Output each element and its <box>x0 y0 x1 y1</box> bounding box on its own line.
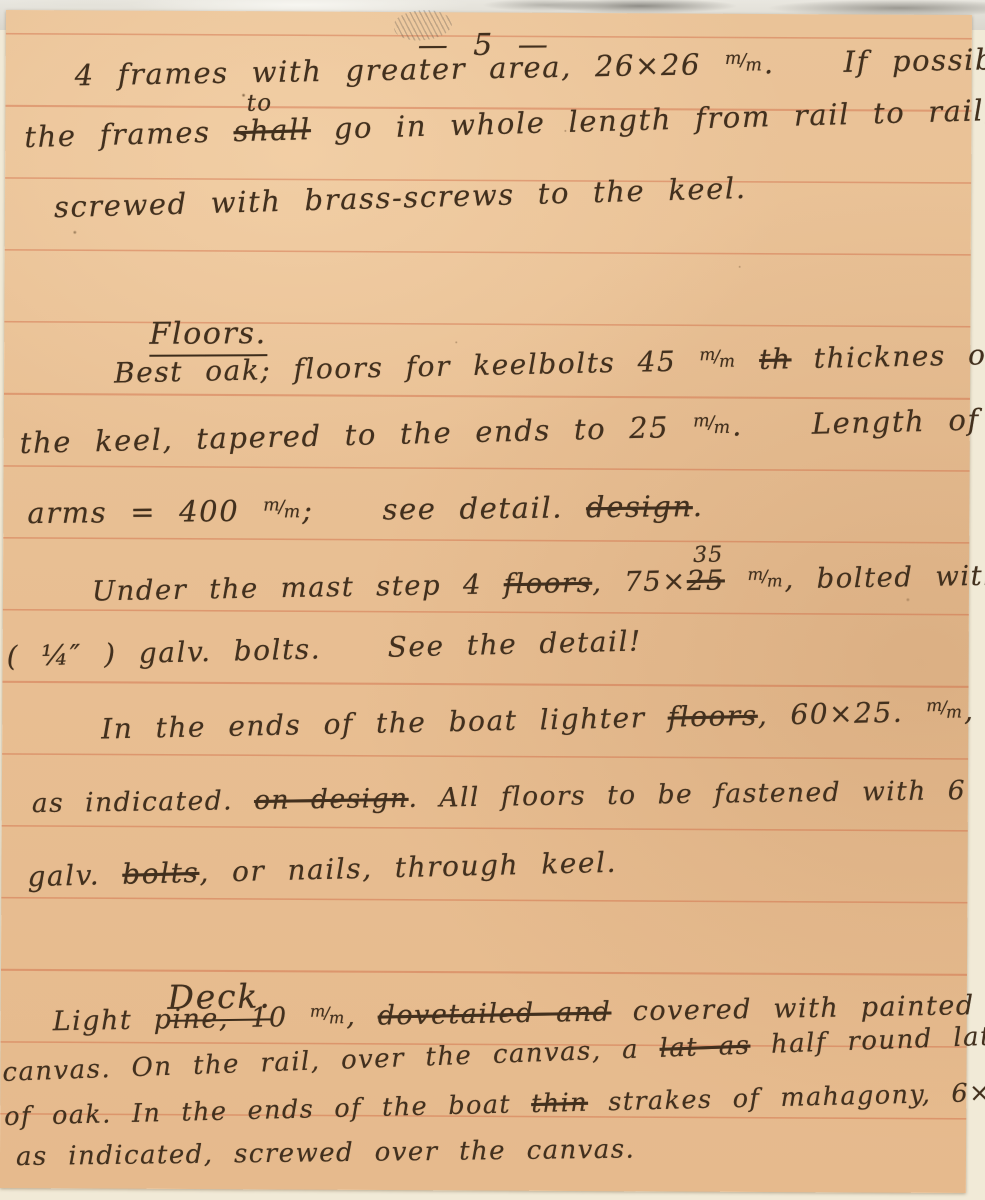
crossed-out-text: lat as <box>659 1031 751 1064</box>
handwritten-text: . If possibly, <box>764 42 985 81</box>
crossed-out-text: floors <box>503 567 592 601</box>
handwritten-text: . All floors to be fastened with 6 <box>408 775 985 814</box>
handwritten-text: ; see detail. <box>302 490 586 527</box>
inserted-correction-text: 35 <box>693 542 724 568</box>
handwritten-text: In the ends of the boat lighter <box>101 701 668 746</box>
handwritten-text: galv. <box>27 858 123 893</box>
line-p4-l3: galv. bolts, or nails, through keel. <box>27 846 617 893</box>
unit-mm: m/m <box>263 497 300 517</box>
heading-deck: Deck. <box>62 937 272 1062</box>
unit-mm: m/m <box>693 413 730 434</box>
line-p1-l3: screwed with brass-screws to the keel. <box>53 171 747 224</box>
scanned-page: { "page": { "header": "— 5 —" }, "glyphs… <box>0 0 985 1200</box>
crossed-out-text: 2535 <box>687 564 726 597</box>
line-p3-l2: ( ¼″ ) galv. bolts. See the detail! <box>6 624 642 673</box>
crossed-out-text: floors <box>667 699 758 734</box>
crossed-out-text: on design <box>254 783 409 816</box>
notebook-paper: — 5 — 4 frames with greater area, 26×26 … <box>0 10 972 1193</box>
inserted-correction-text: to <box>246 90 272 118</box>
unit-mm: m/m <box>725 51 762 72</box>
line-p2-l2: the keel, tapered to the ends to 25 m/m.… <box>19 403 980 460</box>
handwritten-text: , or nails, through keel. <box>199 846 617 889</box>
handwritten-text: , bolted with 6 <box>784 558 985 595</box>
heading-floors-text: Floors. <box>149 316 267 357</box>
handwritten-text: thicknes over <box>791 337 985 375</box>
handwritten-text: arms = 400 <box>27 494 262 530</box>
unit-mm: m/m <box>699 346 735 367</box>
handwritten-text: Under the mast step 4 <box>92 568 504 607</box>
line-p3-l1: Under the mast step 4 floors, 75×2535 m/… <box>92 558 985 608</box>
crossed-out-text: bolts <box>122 856 200 891</box>
crossed-out-text: shallto <box>233 112 311 148</box>
line-p5-l4: as indicated, screwed over the canvas. <box>16 1135 636 1173</box>
handwritten-text: ( ¼″ ) galv. bolts. See the detail! <box>6 624 642 673</box>
handwritten-text: strakes of mahagony, 6× <box>588 1077 985 1117</box>
handwritten-text: Light pine, 10 <box>52 1002 309 1037</box>
handwritten-text: go in whole length from rail to rail, <box>310 93 985 146</box>
crossed-out-text: thin <box>531 1088 589 1119</box>
crossed-out-text: th <box>759 342 792 376</box>
line-p2-l3: arms = 400 m/m; see detail. design. <box>27 489 704 530</box>
unit-mm: m/m <box>747 566 782 586</box>
line-p1-l2: the frames shallto go in whole length fr… <box>24 93 985 154</box>
line-p5-l3: of oak. In the ends of the boat thin str… <box>4 1076 985 1132</box>
handwritten-text: as indicated. <box>32 785 255 819</box>
handwritten-text: screwed with brass-screws to the keel. <box>53 171 747 224</box>
handwritten-text: covered with painted <box>611 990 975 1027</box>
unit-mm: m/m <box>926 697 962 718</box>
handwritten-text: the keel, tapered to the ends to 25 <box>19 410 692 460</box>
handwritten-text <box>737 343 760 376</box>
handwritten-text: . <box>693 489 704 523</box>
handwritten-text: , 60×25. <box>757 695 925 732</box>
handwritten-text: the frames <box>24 114 234 154</box>
handwritten-text <box>725 564 747 596</box>
line-p4-l2: as indicated. on design. All floors to b… <box>32 774 985 819</box>
handwritten-text: . Length of <box>732 403 980 443</box>
crossed-out-text: dovetailed and <box>377 997 611 1032</box>
line-p4-l1: In the ends of the boat lighter floors, … <box>101 694 975 745</box>
handwritten-text: of oak. In the ends of the boat <box>4 1089 532 1132</box>
handwritten-text: , <box>346 1001 378 1033</box>
crossed-out-text: design <box>586 489 693 524</box>
handwritten-text: , <box>964 694 975 727</box>
unit-mm: m/m <box>310 1003 345 1023</box>
handwritten-text: half round lat <box>750 1022 985 1061</box>
handwritten-text: as indicated, screwed over the canvas. <box>16 1135 636 1173</box>
handwritten-text: 4 frames with greater area, 26×26 <box>74 47 724 92</box>
handwritten-text: , 75× <box>592 565 687 599</box>
